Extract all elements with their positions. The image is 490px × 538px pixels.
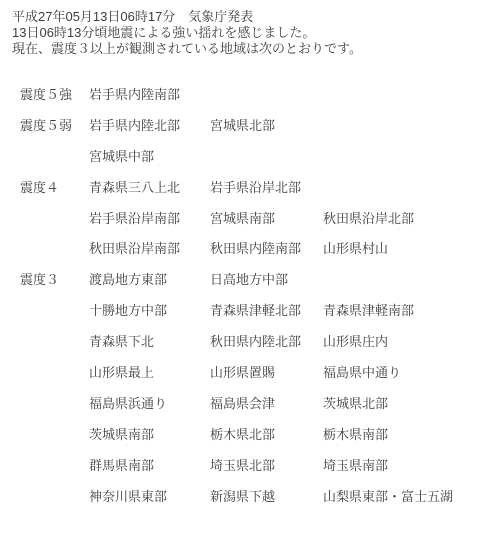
- region-name: 神奈川県東部: [89, 490, 210, 504]
- region-name: 栃木県北部: [210, 428, 323, 442]
- region-name: 岩手県沿岸北部: [210, 181, 323, 195]
- intensity-row: 群馬県南部 埼玉県北部 埼玉県南部: [20, 459, 490, 490]
- intensity-row: 福島県浜通り 福島県会津 茨城県北部: [20, 397, 490, 428]
- intensity-row: 震度５強 岩手県内陸南部: [20, 88, 490, 119]
- observed-regions-intro: 現在、震度３以上が観測されている地域は次のとおりです。: [12, 41, 490, 57]
- region-name: 秋田県沿岸北部: [323, 212, 490, 226]
- region-name: 埼玉県南部: [323, 459, 490, 473]
- region-name: 十勝地方中部: [89, 304, 210, 318]
- intensity-label: 震度３: [20, 273, 89, 287]
- region-name: 群馬県南部: [89, 459, 210, 473]
- intensity-row: 茨城県南部 栃木県北部 栃木県南部: [20, 428, 490, 459]
- region-name: 宮城県中部: [89, 150, 210, 164]
- region-name: 福島県会津: [210, 397, 323, 411]
- intensity-row: 神奈川県東部 新潟県下越 山梨県東部・富士五湖: [20, 490, 490, 521]
- region-name: 秋田県内陸南部: [210, 242, 323, 256]
- intensity-row: 震度３ 渡島地方東部 日高地方中部: [20, 273, 490, 304]
- intensity-row: 宮城県中部: [20, 150, 490, 181]
- region-name: 埼玉県北部: [210, 459, 323, 473]
- intensity-row: 震度４ 青森県三八上北 岩手県沿岸北部: [20, 181, 490, 212]
- region-name: 秋田県沿岸南部: [89, 242, 210, 256]
- region-name: 宮城県南部: [210, 212, 323, 226]
- region-name: 山形県最上: [89, 366, 210, 380]
- region-name: 福島県中通り: [323, 366, 490, 380]
- region-name: 栃木県南部: [323, 428, 490, 442]
- quake-felt-statement: 13日06時13分頃地震による強い揺れを感じました。: [12, 25, 490, 41]
- intensity-label: 震度５強: [20, 88, 89, 102]
- region-name: 岩手県内陸北部: [89, 119, 210, 133]
- region-name: 新潟県下越: [210, 490, 323, 504]
- intensity-row: 青森県下北 秋田県内陸北部 山形県庄内: [20, 335, 490, 366]
- region-name: 山形県庄内: [323, 335, 490, 349]
- intensity-row: 十勝地方中部 青森県津軽北部 青森県津軽南部: [20, 304, 490, 335]
- region-name: 宮城県北部: [210, 119, 323, 133]
- intensity-table: 震度５強 岩手県内陸南部 震度５弱 岩手県内陸北部 宮城県北部 宮城県中部 震度…: [0, 88, 490, 520]
- intensity-row: 震度５弱 岩手県内陸北部 宮城県北部: [20, 119, 490, 150]
- intensity-row: 岩手県沿岸南部 宮城県南部 秋田県沿岸北部: [20, 212, 490, 243]
- region-name: 福島県浜通り: [89, 397, 210, 411]
- region-name: 青森県下北: [89, 335, 210, 349]
- region-name: 日高地方中部: [210, 273, 323, 287]
- announcement-datetime: 平成27年05月13日06時17分 気象庁発表: [12, 9, 490, 25]
- region-name: 青森県津軽南部: [323, 304, 490, 318]
- earthquake-report-page: 平成27年05月13日06時17分 気象庁発表 13日06時13分頃地震による強…: [0, 0, 490, 538]
- region-name: 茨城県北部: [323, 397, 490, 411]
- region-name: 山形県置賜: [210, 366, 323, 380]
- region-name: 青森県三八上北: [89, 181, 210, 195]
- intensity-row: 秋田県沿岸南部 秋田県内陸南部 山形県村山: [20, 242, 490, 273]
- region-name: 山梨県東部・富士五湖: [323, 490, 490, 504]
- intensity-label: 震度５弱: [20, 119, 89, 133]
- region-name: 秋田県内陸北部: [210, 335, 323, 349]
- region-name: 山形県村山: [323, 242, 490, 256]
- intensity-label: 震度４: [20, 181, 89, 195]
- region-name: 渡島地方東部: [89, 273, 210, 287]
- intensity-row: 山形県最上 山形県置賜 福島県中通り: [20, 366, 490, 397]
- region-name: 青森県津軽北部: [210, 304, 323, 318]
- region-name: 茨城県南部: [89, 428, 210, 442]
- report-header: 平成27年05月13日06時17分 気象庁発表 13日06時13分頃地震による強…: [0, 0, 490, 57]
- region-name: 岩手県沿岸南部: [89, 212, 210, 226]
- region-name: 岩手県内陸南部: [89, 88, 210, 102]
